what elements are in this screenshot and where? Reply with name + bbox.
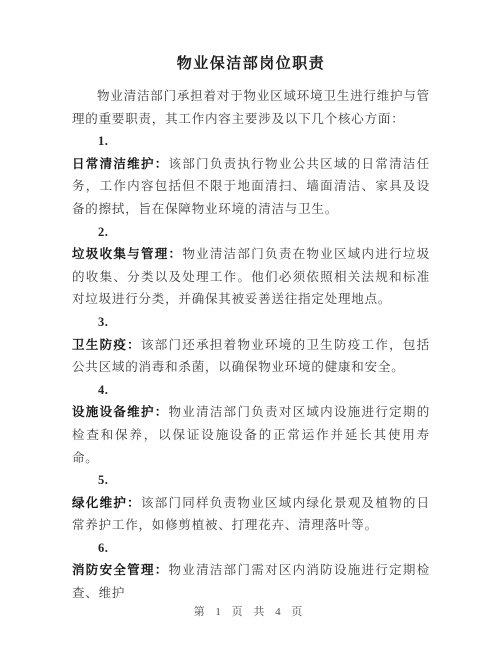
item-number: 5. bbox=[72, 469, 430, 492]
list-item: 5. 绿化维护：该部门同样负责物业区域内绿化景观及植物的日常养护工作，如修剪植被… bbox=[72, 469, 430, 537]
item-number: 2. bbox=[72, 221, 430, 244]
item-paragraph: 设施设备维护：物业清洁部门负责对区域内设施进行定期的检查和保养，以保证设施设备的… bbox=[72, 401, 430, 469]
page-title: 物业保洁部岗位职责 bbox=[72, 52, 430, 76]
item-term: 卫生防疫： bbox=[72, 338, 141, 352]
item-paragraph: 日常清洁维护：该部门负责执行物业公共区域的日常清洁任务，工作内容包括但不限于地面… bbox=[72, 153, 430, 221]
item-paragraph: 卫生防疫：该部门还承担着物业环境的卫生防疫工作，包括公共区域的消毒和杀菌，以确保… bbox=[72, 334, 430, 379]
list-item: 1. 日常清洁维护：该部门负责执行物业公共区域的日常清洁任务，工作内容包括但不限… bbox=[72, 130, 430, 220]
item-paragraph: 消防安全管理：物业清洁部门需对区内消防设施进行定期检查、维护 bbox=[72, 559, 430, 604]
page-number-footer: 第 1 页 共 4 页 bbox=[0, 603, 500, 619]
item-term: 消防安全管理： bbox=[72, 563, 169, 577]
duty-list: 1. 日常清洁维护：该部门负责执行物业公共区域的日常清洁任务，工作内容包括但不限… bbox=[72, 130, 430, 604]
item-term: 设施设备维护： bbox=[72, 405, 169, 419]
item-term: 垃圾收集与管理： bbox=[72, 247, 182, 261]
item-paragraph: 绿化维护：该部门同样负责物业区域内绿化景观及植物的日常养护工作，如修剪植被、打理… bbox=[72, 492, 430, 537]
list-item: 6. 消防安全管理：物业清洁部门需对区内消防设施进行定期检查、维护 bbox=[72, 537, 430, 605]
list-item: 2. 垃圾收集与管理：物业清洁部门负责在物业区域内进行垃圾的收集、分类以及处理工… bbox=[72, 221, 430, 311]
item-number: 3. bbox=[72, 311, 430, 334]
item-paragraph: 垃圾收集与管理：物业清洁部门负责在物业区域内进行垃圾的收集、分类以及处理工作。他… bbox=[72, 243, 430, 311]
item-number: 6. bbox=[72, 537, 430, 560]
intro-paragraph: 物业清洁部门承担着对于物业区域环境卫生进行维护与管理的重要职责，其工作内容主要涉… bbox=[72, 85, 430, 130]
list-item: 4. 设施设备维护：物业清洁部门负责对区域内设施进行定期的检查和保养，以保证设施… bbox=[72, 379, 430, 469]
item-term: 绿化维护： bbox=[72, 496, 141, 510]
item-number: 1. bbox=[72, 130, 430, 153]
item-number: 4. bbox=[72, 379, 430, 402]
list-item: 3. 卫生防疫：该部门还承担着物业环境的卫生防疫工作，包括公共区域的消毒和杀菌，… bbox=[72, 311, 430, 379]
item-term: 日常清洁维护： bbox=[72, 157, 169, 171]
document-page: 物业保洁部岗位职责 物业清洁部门承担着对于物业区域环境卫生进行维护与管理的重要职… bbox=[0, 0, 500, 647]
